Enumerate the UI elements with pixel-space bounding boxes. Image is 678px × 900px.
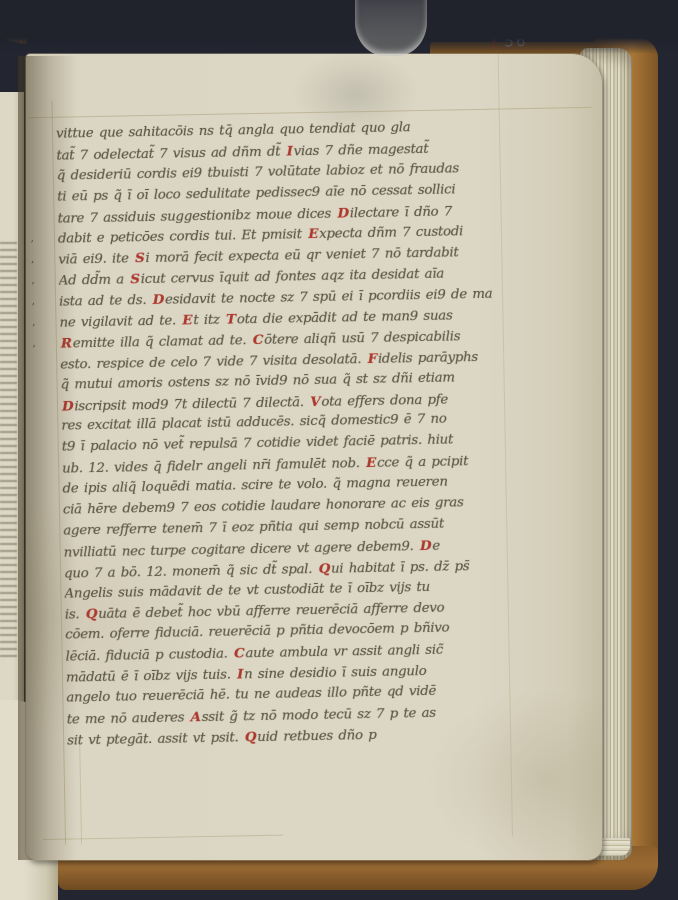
margin-mark: ʼ	[30, 235, 40, 256]
margin-mark: ʼ	[30, 256, 40, 277]
text-block: vittue que sahitacōis ns tq̄ angla quo t…	[56, 116, 560, 761]
margin-tick-marks: ʼʼʼʼʼʼ	[30, 235, 42, 361]
folio-red-mark	[492, 37, 495, 44]
manuscript-page: 56 ʼʼʼʼʼʼ vittue que sahitacōis ns tq̄ a…	[26, 54, 602, 860]
margin-mark: ʼ	[31, 319, 41, 340]
spine-headband	[4, 24, 29, 45]
ruling-bottom-line	[43, 835, 283, 840]
margin-mark: ʼ	[31, 277, 41, 298]
margin-mark: ʼ	[31, 298, 41, 319]
manuscript-photo: 56 ʼʼʼʼʼʼ vittue que sahitacōis ns tq̄ a…	[0, 0, 678, 900]
facing-page-text-showthrough	[0, 242, 17, 662]
page-content: 56 ʼʼʼʼʼʼ vittue que sahitacōis ns tq̄ a…	[19, 49, 610, 865]
folio-number: 56	[504, 31, 574, 50]
margin-mark: ʼ	[32, 339, 42, 360]
transparent-strap	[355, 0, 427, 56]
